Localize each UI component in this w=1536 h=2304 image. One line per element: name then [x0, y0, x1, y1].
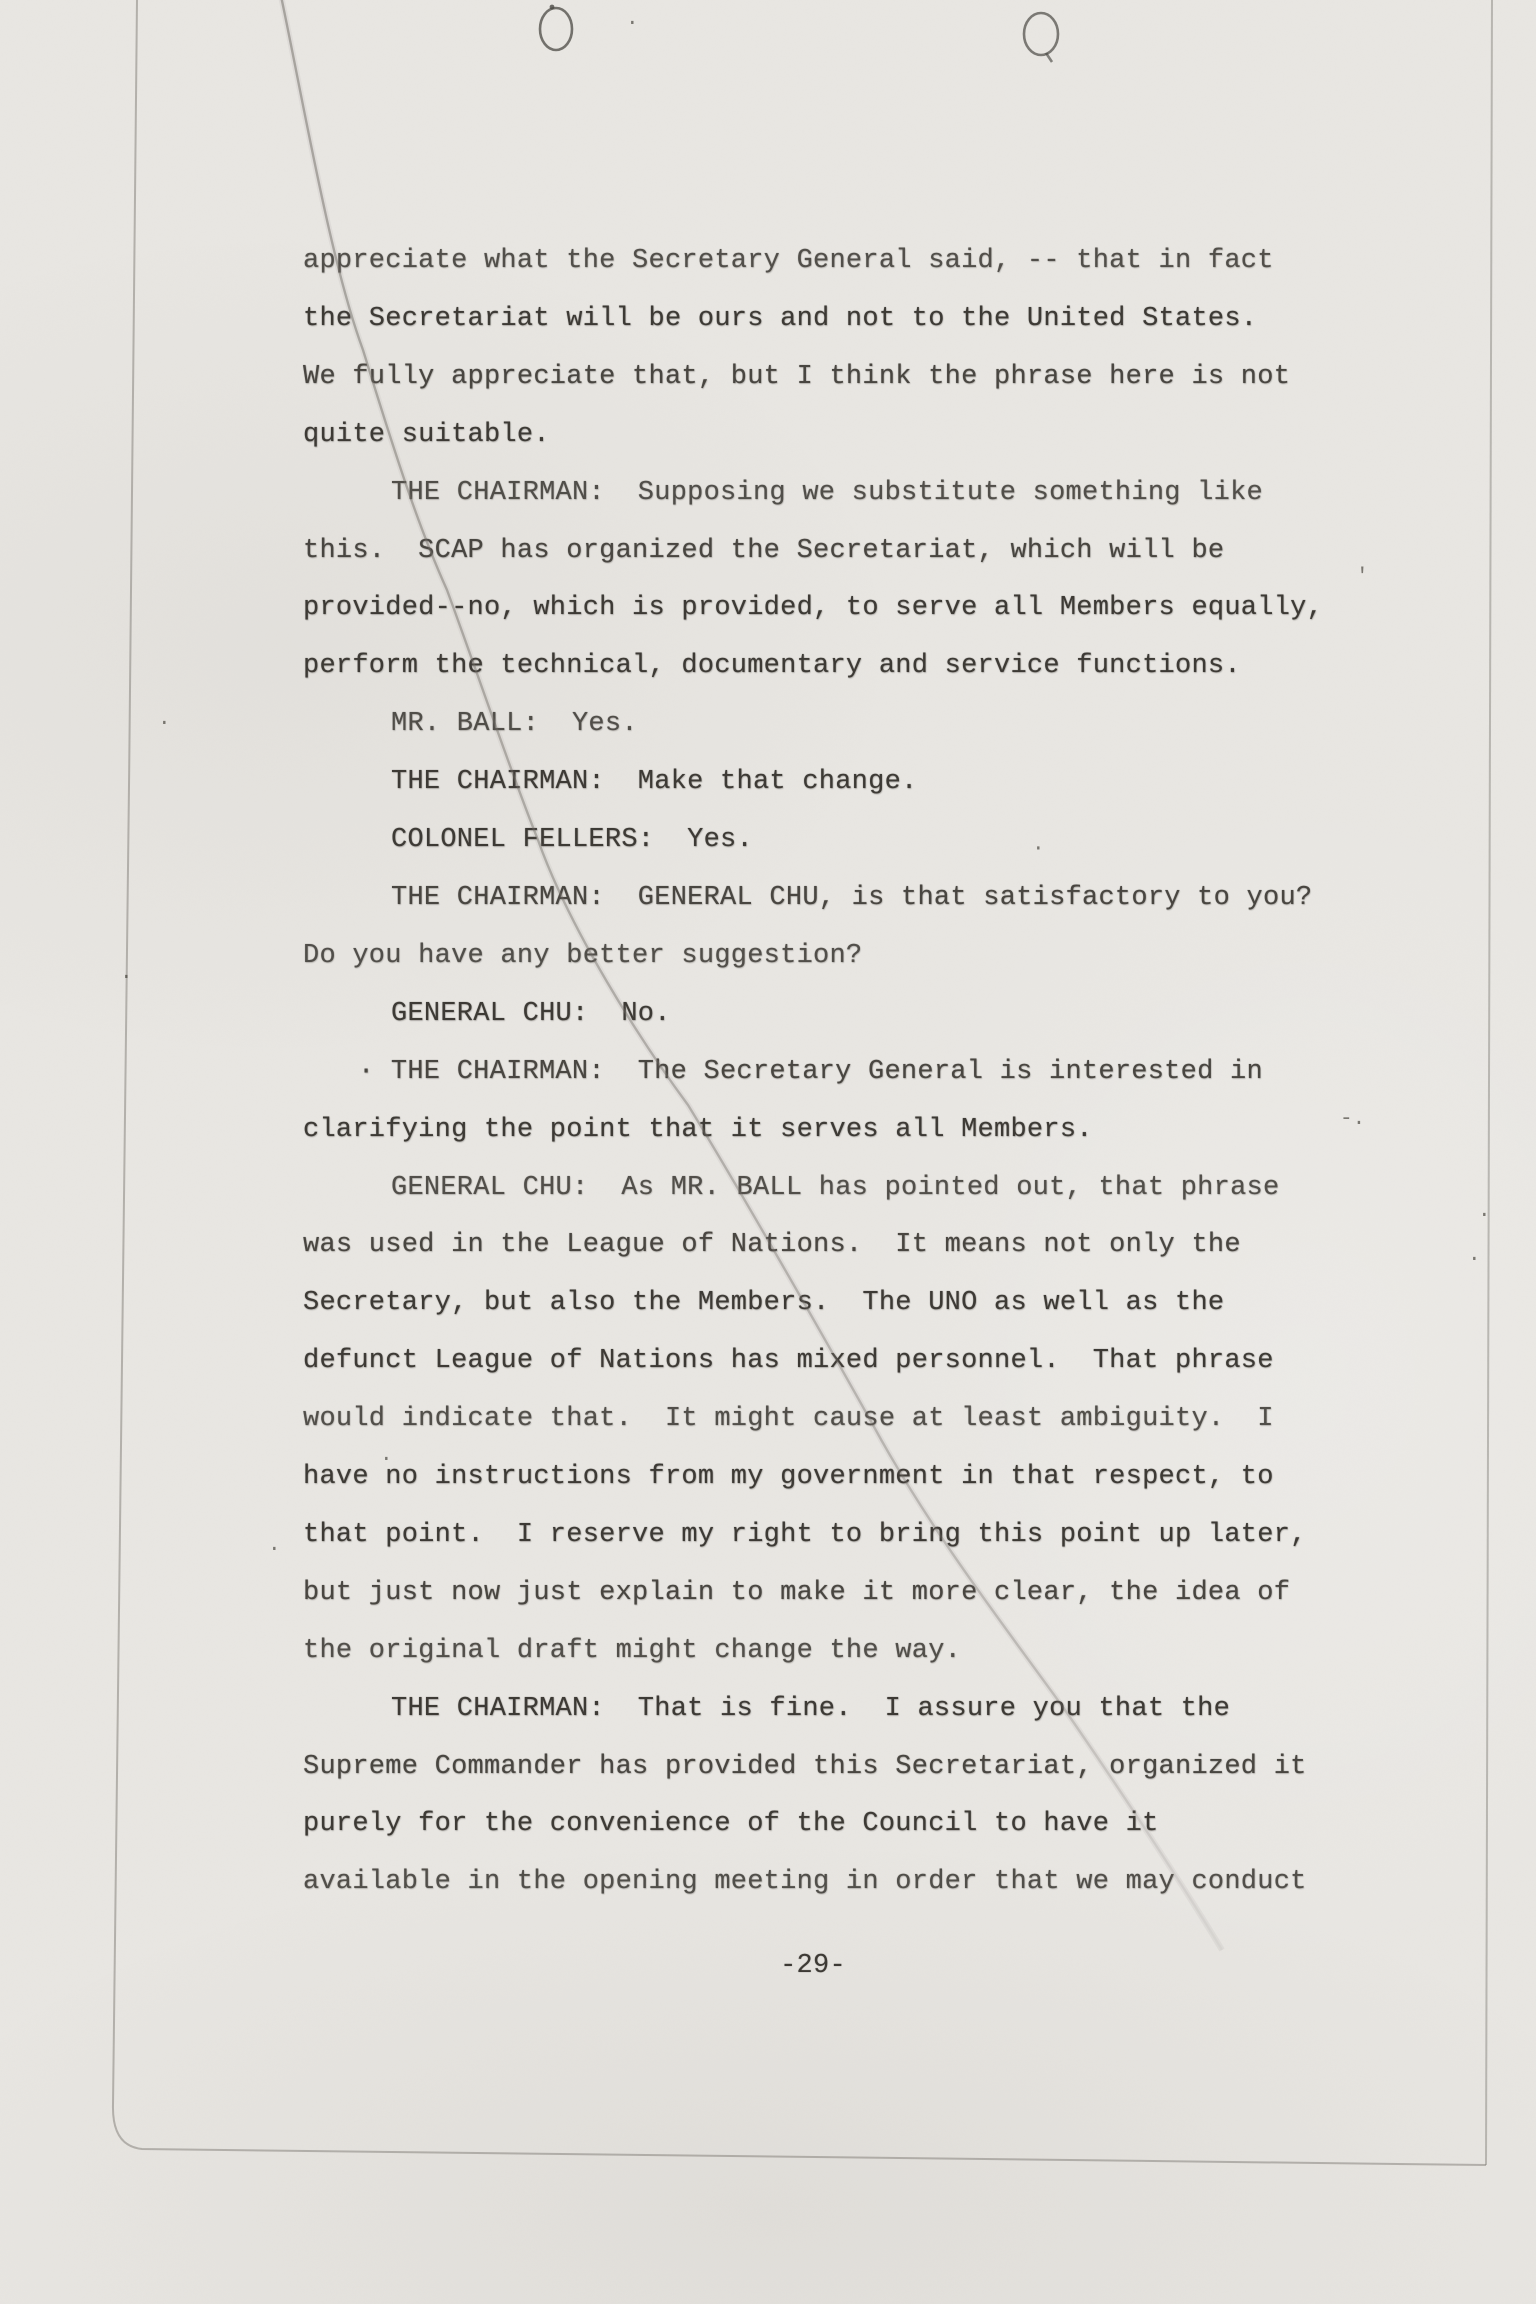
- ink-speck: .: [158, 708, 171, 731]
- document-line: GENERAL CHU: As MR. BALL has pointed out…: [303, 1160, 1483, 1218]
- document-line: that point. I reserve my right to bring …: [303, 1507, 1483, 1565]
- document-line: the original draft might change the way.: [303, 1623, 1483, 1681]
- document-line: MR. BALL: Yes.: [303, 696, 1483, 754]
- document-line: We fully appreciate that, but I think th…: [303, 349, 1483, 407]
- punch-hole-left-icon: [540, 8, 572, 50]
- document-line: provided--no, which is provided, to serv…: [303, 580, 1483, 638]
- document-line: clarifying the point that it serves all …: [303, 1102, 1483, 1160]
- scanned-page: appreciate what the Secretary General sa…: [0, 0, 1536, 2304]
- punch-hole-right-tail: [1046, 53, 1052, 62]
- document-line: COLONEL FELLERS: Yes.: [303, 812, 1483, 870]
- page-number: -29-: [303, 1951, 1323, 1981]
- document-line: was used in the League of Nations. It me…: [303, 1217, 1483, 1275]
- document-line: appreciate what the Secretary General sa…: [303, 233, 1483, 291]
- document-line: · THE CHAIRMAN: The Secretary General is…: [303, 1044, 1483, 1102]
- ink-speck: .: [120, 962, 133, 985]
- document-line: Do you have any better suggestion?: [303, 928, 1483, 986]
- ink-speck: .: [268, 1534, 281, 1557]
- document-line: THE CHAIRMAN: That is fine. I assure you…: [303, 1681, 1483, 1739]
- document-line: purely for the convenience of the Counci…: [303, 1796, 1483, 1854]
- text-block: appreciate what the Secretary General sa…: [303, 233, 1483, 1912]
- document-line: THE CHAIRMAN: GENERAL CHU, is that satis…: [303, 870, 1483, 928]
- punch-hole-left-dot: [550, 5, 555, 10]
- document-line: Secretary, but also the Members. The UNO…: [303, 1275, 1483, 1333]
- document-line: this. SCAP has organized the Secretariat…: [303, 523, 1483, 581]
- document-line: the Secretariat will be ours and not to …: [303, 291, 1483, 349]
- document-line: GENERAL CHU: No.: [303, 986, 1483, 1044]
- document-line: THE CHAIRMAN: Make that change.: [303, 754, 1483, 812]
- document-line: available in the opening meeting in orde…: [303, 1854, 1483, 1912]
- ink-speck: .: [626, 8, 639, 31]
- punch-hole-right-icon: [1024, 13, 1058, 55]
- document-line: defunct League of Nations has mixed pers…: [303, 1333, 1483, 1391]
- document-line: but just now just explain to make it mor…: [303, 1565, 1483, 1623]
- document-line: Supreme Commander has provided this Secr…: [303, 1739, 1483, 1797]
- document-line: THE CHAIRMAN: Supposing we substitute so…: [303, 465, 1483, 523]
- document-line: quite suitable.: [303, 407, 1483, 465]
- document-line: perform the technical, documentary and s…: [303, 638, 1483, 696]
- document-line: would indicate that. It might cause at l…: [303, 1391, 1483, 1449]
- page-edge-right: [1486, 0, 1492, 2165]
- document-line: have no instructions from my government …: [303, 1449, 1483, 1507]
